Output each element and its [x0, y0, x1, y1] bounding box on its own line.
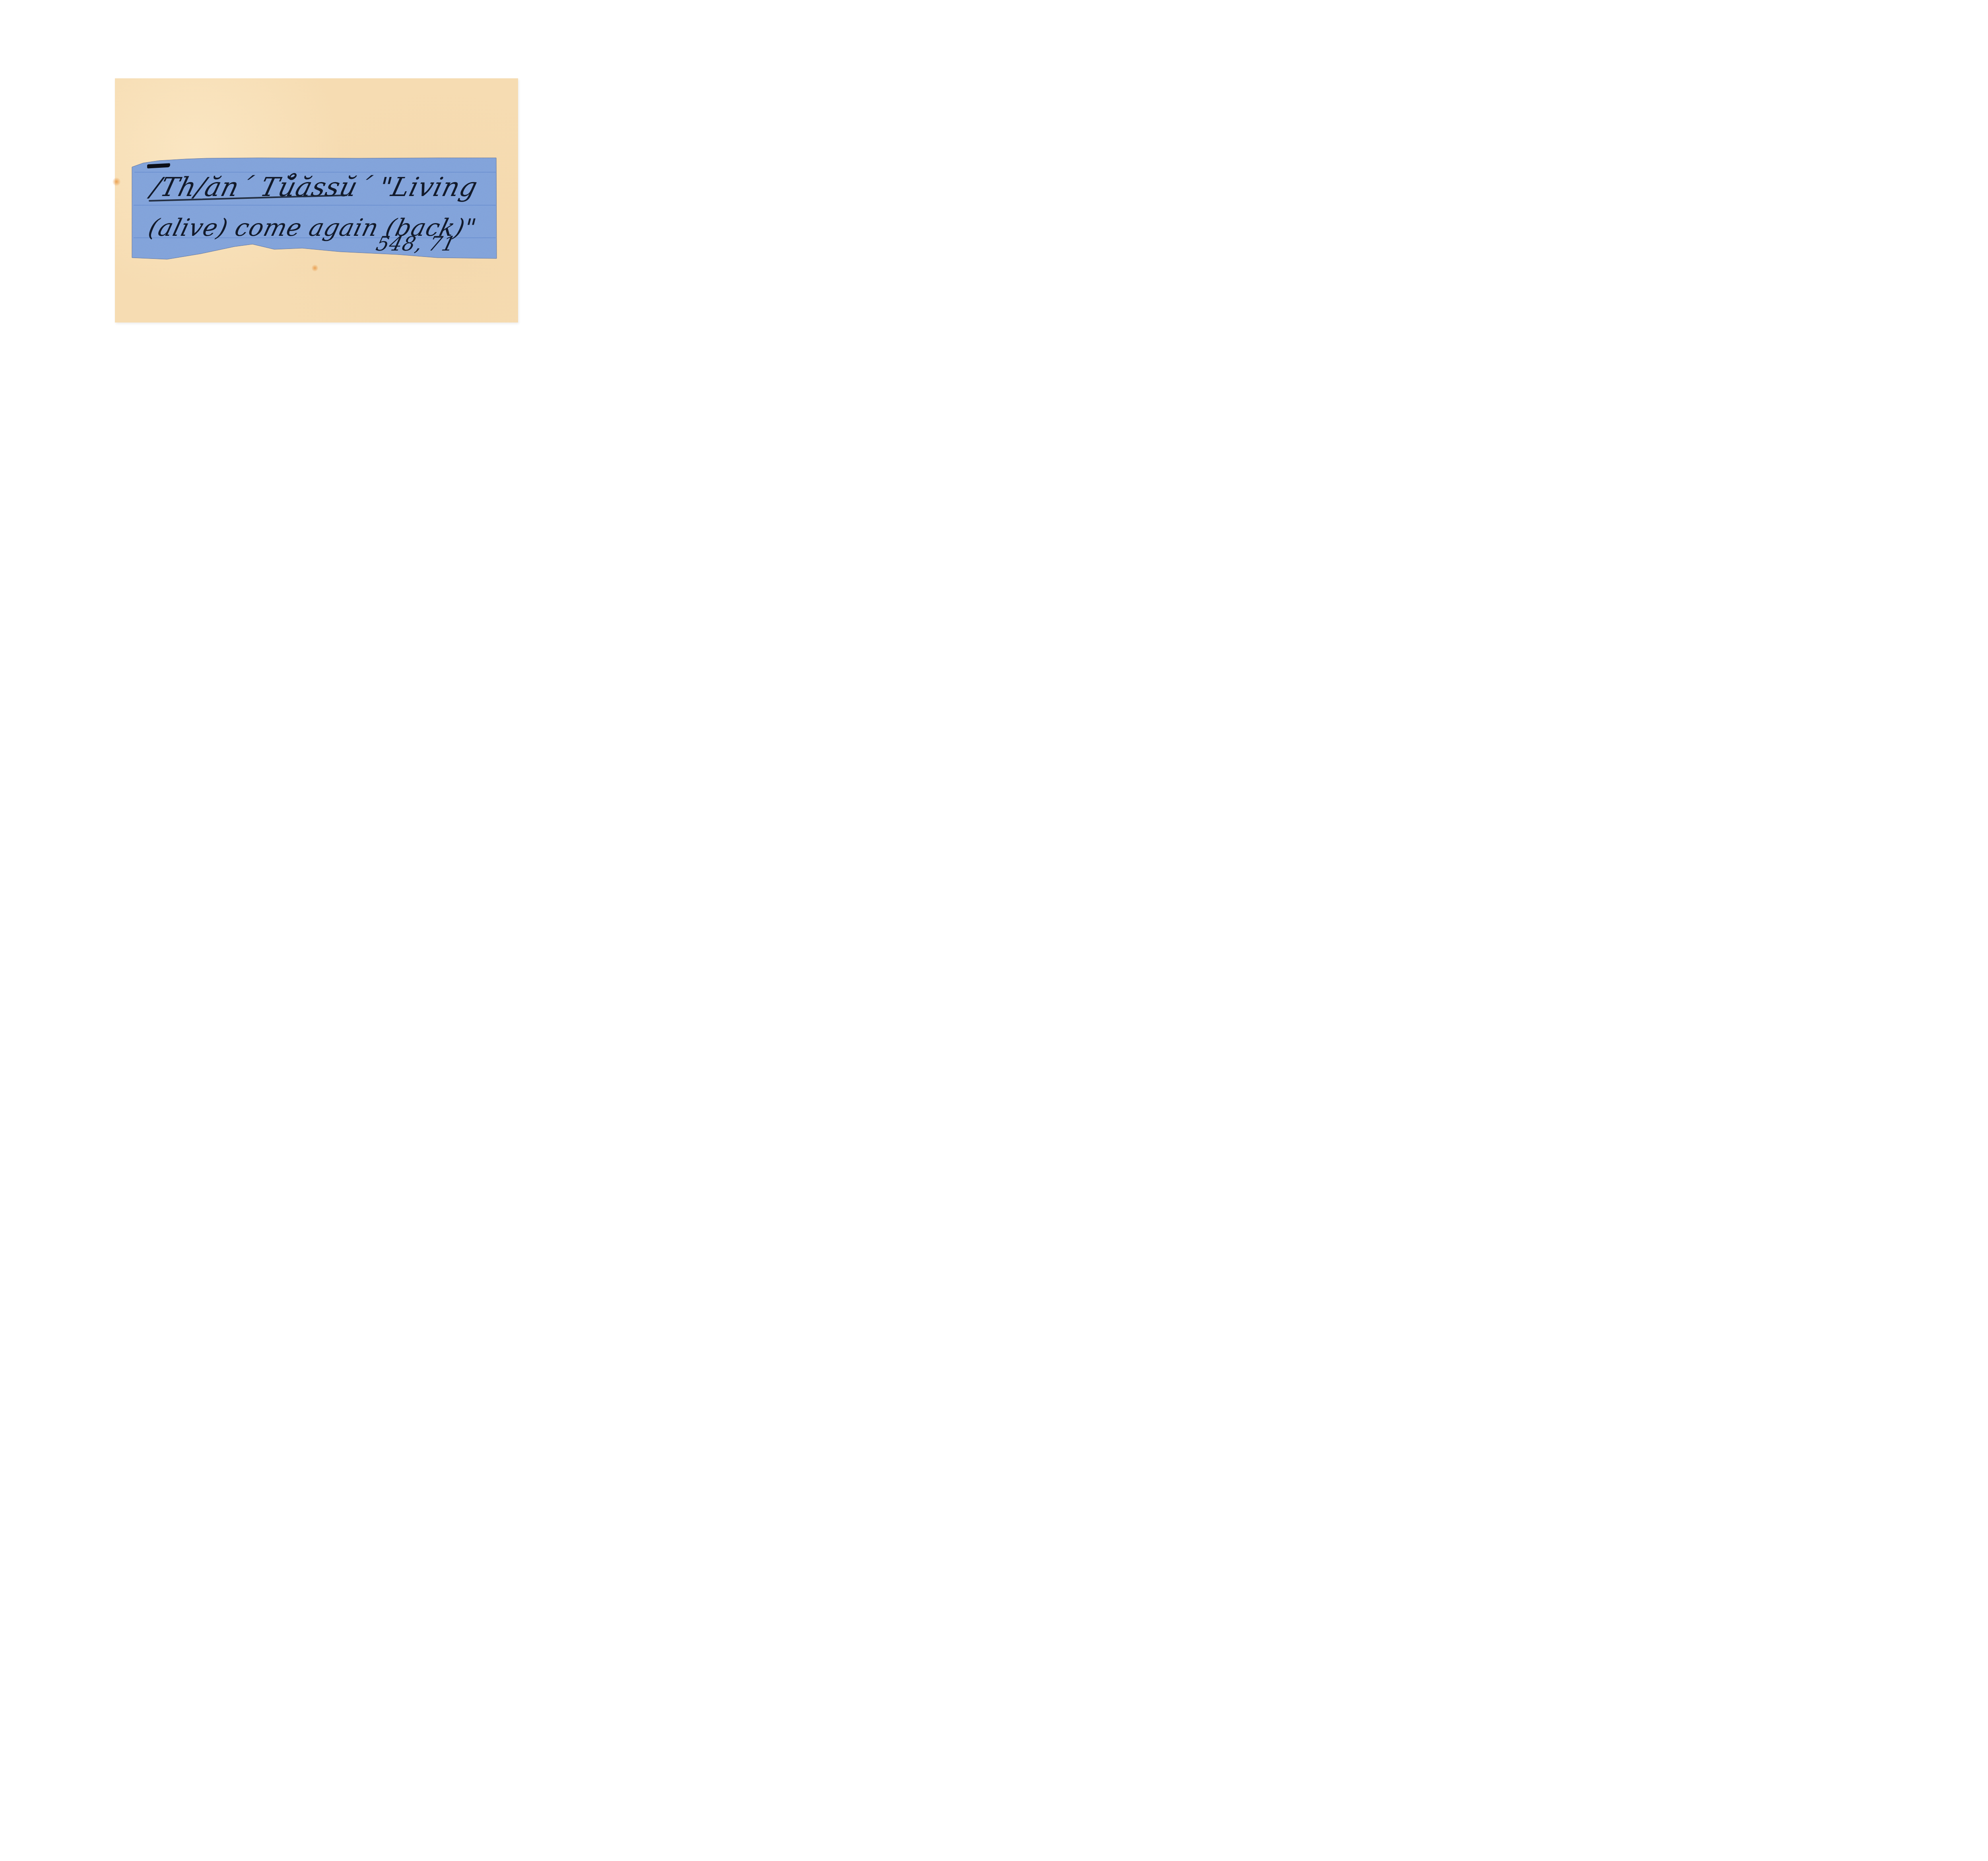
blue-paper-slip — [0, 0, 620, 414]
slip-reference-number: 548, 71 — [374, 232, 458, 255]
slip-line-1: /Th/ăn´ Tŭ̊ăssŭ´ "Living — [148, 172, 481, 202]
